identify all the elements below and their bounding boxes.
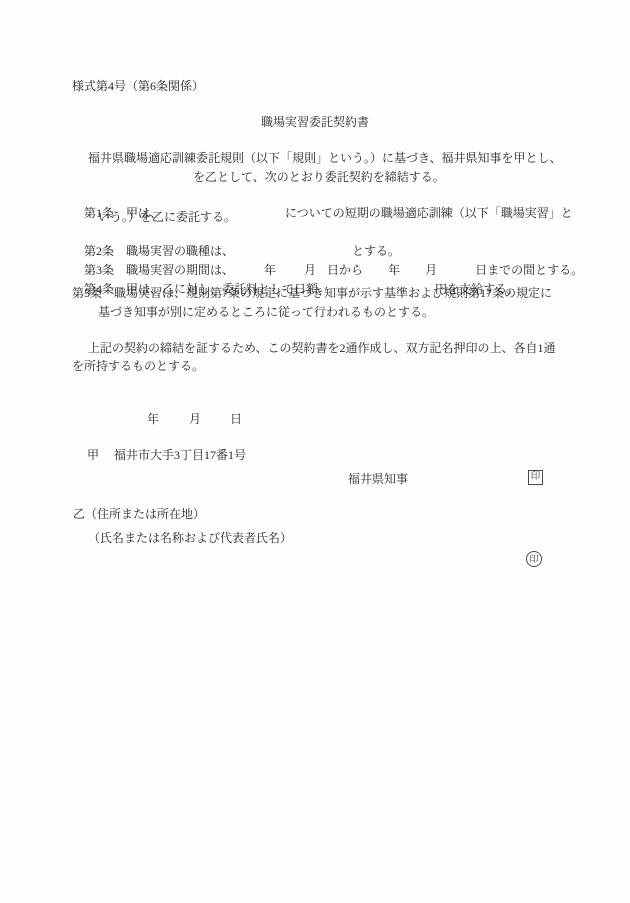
preamble-line-2: を乙として、次のとおり委託契約を締結する。 <box>193 170 445 185</box>
party-b-name-line: （氏名または名称および代表者氏名） <box>88 531 292 546</box>
party-a-line: 甲福井市大手3丁目17番1号 <box>75 433 246 478</box>
preamble-line-1: 福井県職場適応訓練委託規則（以下「規則」という。）に基づき、福井県知事を甲とし、 <box>88 151 562 166</box>
article-1-line-2: いう。）を乙に委託する。 <box>98 210 236 225</box>
article-5-line-1: 第5条 職場実習は、規則第7条の規定に基づき知事が示す基準および規則第17条の規… <box>72 286 552 301</box>
closing-line-1: 上記の契約の締結を証するため、この契約書を2通作成し、双方記名押印の上、各自1通 <box>88 341 556 356</box>
closing-line-2: を所持するものとする。 <box>72 359 204 374</box>
blank-date-year <box>159 422 189 423</box>
article-1-tail: についての短期の職場適応訓練（以下「職場実習」と <box>285 206 573 220</box>
document-title: 職場実習委託契約書 <box>0 115 630 130</box>
party-a-gap <box>99 458 114 459</box>
party-a-signer: 福井県知事 <box>348 472 408 487</box>
party-a-seal-mark: 印 <box>528 470 543 485</box>
article-5-line-2: 基づき知事が別に定めるところに従って行われるものとする。 <box>98 305 434 320</box>
party-b-address-line: 乙（住所または所在地） <box>73 507 205 522</box>
party-a-address: 福井市大手3丁目17番1号 <box>114 448 246 462</box>
blank-date-month <box>201 422 230 423</box>
date-day-label: 日 <box>230 412 242 426</box>
date-year-label: 年 <box>147 412 159 426</box>
contract-document-page: 様式第4号（第6条関係） 職場実習委託契約書 福井県職場適応訓練委託規則（以下「… <box>0 0 630 903</box>
form-number: 様式第4号（第6条関係） <box>72 79 204 94</box>
date-month-label: 月 <box>189 412 201 426</box>
party-a-label: 甲 <box>87 448 99 462</box>
party-b-seal-mark: 印 <box>526 551 542 567</box>
